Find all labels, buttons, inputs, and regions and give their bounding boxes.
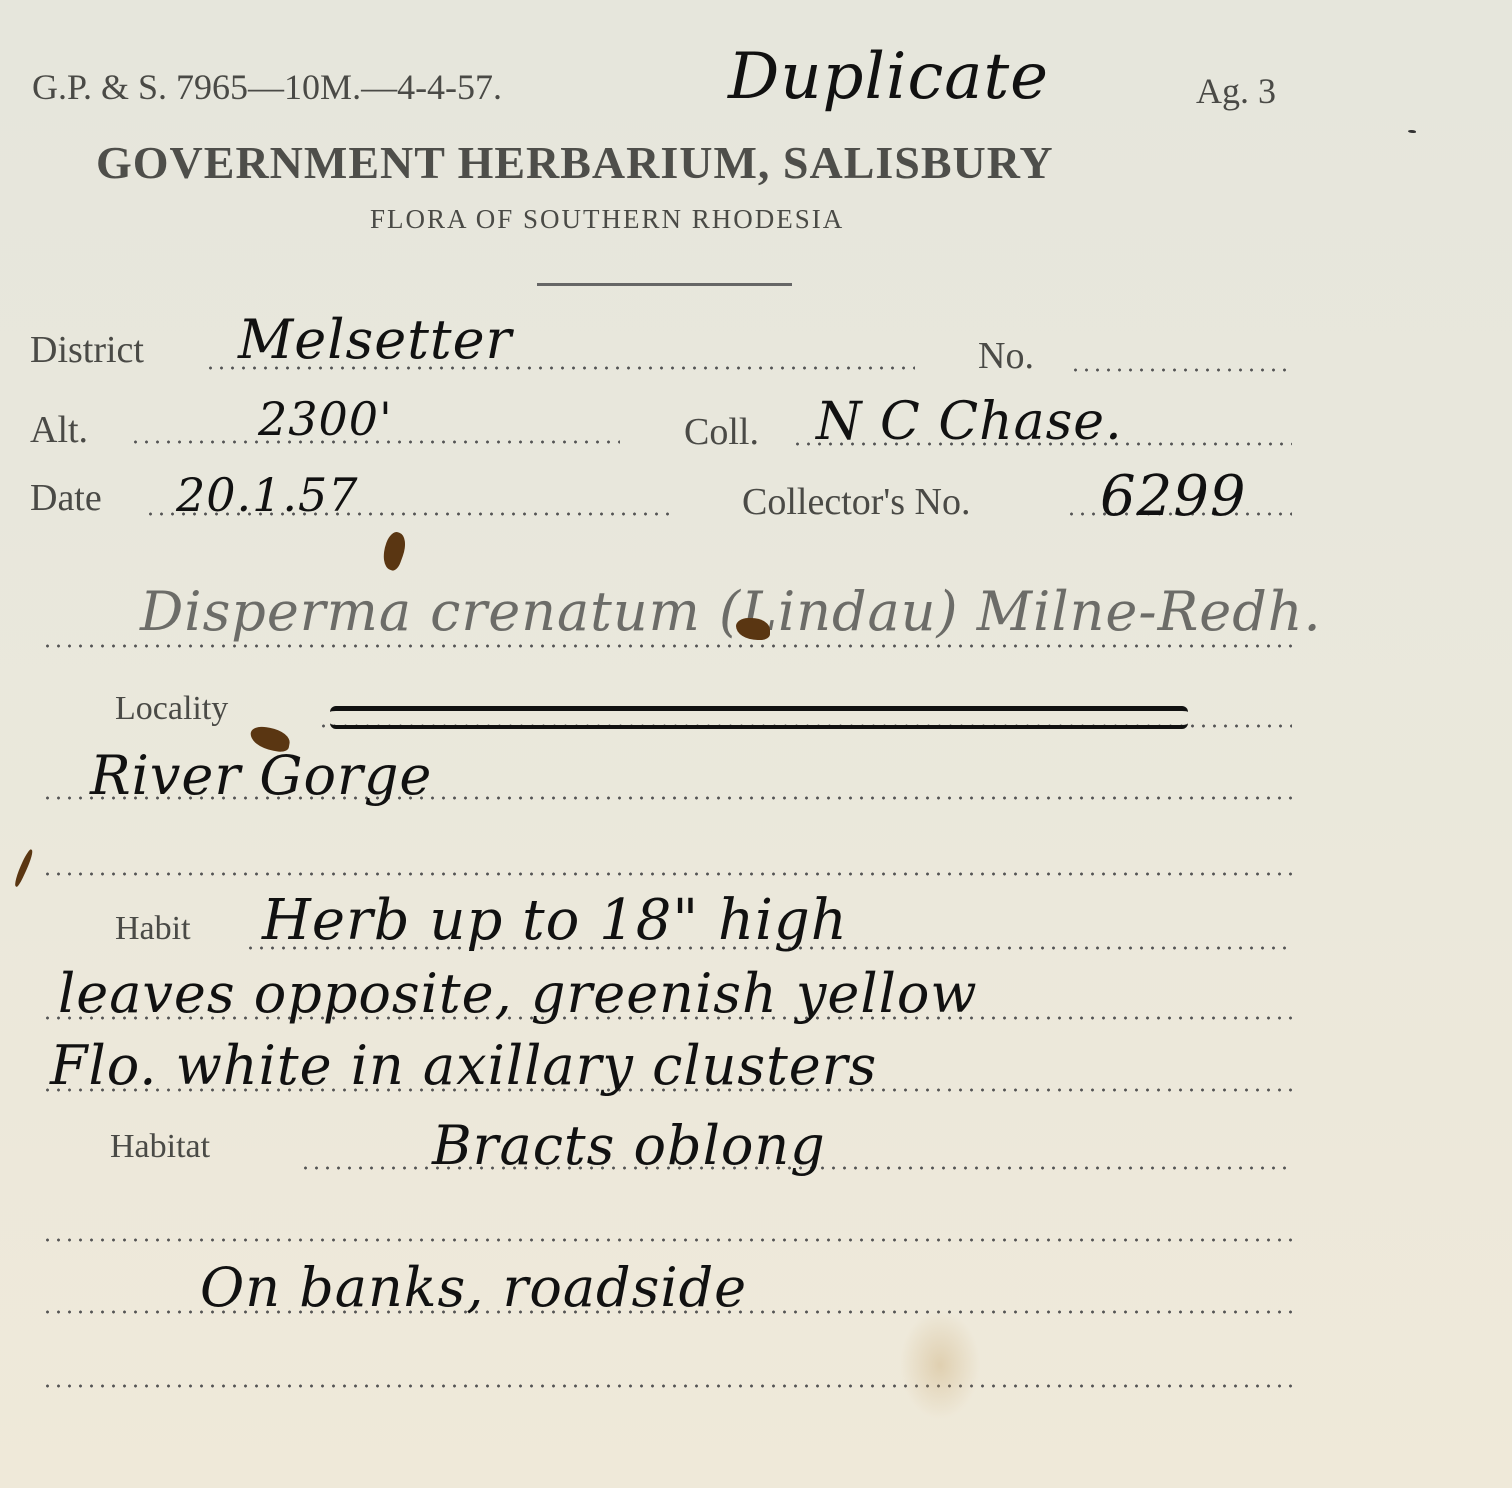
habitat-value-3[interactable]: On banks, roadside: [200, 1256, 747, 1319]
no-label: No.: [978, 334, 1034, 378]
page-title: GOVERNMENT HERBARIUM, SALISBURY: [96, 136, 1054, 189]
no-line[interactable]: [1070, 368, 1292, 372]
determination-value[interactable]: Dispermа crenatum (Lindau) Milne-Redh.: [140, 580, 1322, 643]
collector-no-value[interactable]: 6299: [1100, 464, 1247, 529]
coll-value[interactable]: N C Chase.: [816, 392, 1123, 452]
district-value[interactable]: Melsetter: [238, 308, 512, 371]
locality-struck-text: [330, 706, 1188, 729]
habit-label: Habit: [115, 910, 191, 948]
divider: [537, 283, 792, 286]
date-value[interactable]: 20.1.57: [176, 468, 359, 522]
ref-code: Ag. 3: [1196, 70, 1276, 112]
habit-value-3[interactable]: Flo. white in axillary clusters: [50, 1034, 877, 1097]
ink-speck: [1408, 130, 1416, 133]
alt-label: Alt.: [30, 408, 88, 452]
habitat-line-2: [42, 1238, 1292, 1242]
district-label: District: [30, 328, 144, 372]
habit-value-1[interactable]: Herb up to 18" high: [262, 888, 848, 953]
date-label: Date: [30, 476, 102, 520]
habitat-line-4: [42, 1384, 1292, 1388]
page-subtitle: FLORA OF SOUTHERN RHODESIA: [370, 204, 844, 235]
locality-line-3: [42, 872, 1292, 876]
water-stain: [900, 1310, 980, 1420]
locality-label: Locality: [115, 690, 228, 728]
alt-value[interactable]: 2300': [258, 392, 393, 446]
print-code: G.P. & S. 7965—10M.—4-4-57.: [32, 66, 502, 108]
habitat-label: Habitat: [110, 1128, 210, 1166]
plant-fragment: [378, 530, 410, 573]
duplicate-note: Duplicate: [728, 40, 1049, 114]
collector-no-label: Collector's No.: [742, 480, 970, 524]
determination-line: [42, 644, 1292, 648]
plant-fragment: [12, 848, 35, 887]
habit-value-2[interactable]: leaves opposite, greenish yellow: [58, 962, 978, 1025]
habitat-value-1[interactable]: Bracts oblong: [432, 1114, 826, 1177]
locality-value[interactable]: River Gorge: [90, 744, 432, 807]
coll-label: Coll.: [684, 410, 759, 454]
